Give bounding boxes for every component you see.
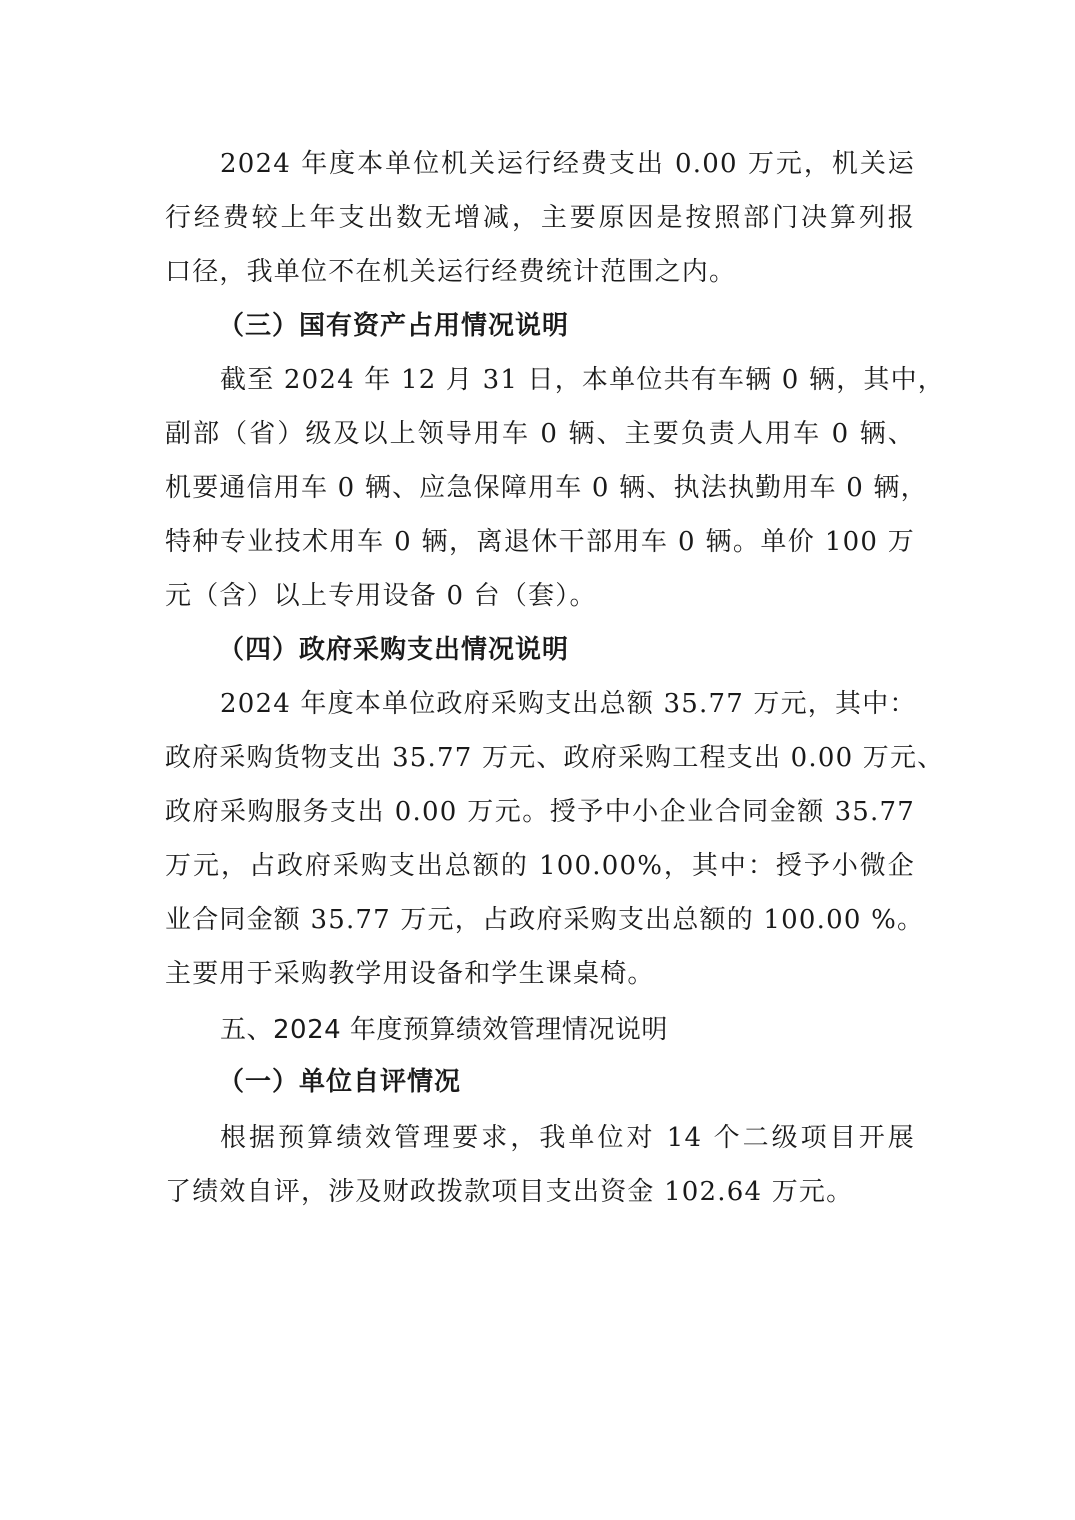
section-heading-procurement: （四）政府采购支出情况说明	[218, 630, 968, 670]
paragraph-line: 根据预算绩效管理要求，我单位对 14 个二级项目开展	[220, 1118, 915, 1158]
paragraph-line: 机要通信用车 0 辆、应急保障用车 0 辆、执法执勤用车 0 辆，	[165, 468, 915, 508]
paragraph-line: 2024 年度本单位政府采购支出总额 35.77 万元，其中：	[220, 684, 915, 724]
section-title-performance: 五、2024 年度预算绩效管理情况说明	[220, 1010, 970, 1050]
paragraph-line: 2024 年度本单位机关运行经费支出 0.00 万元，机关运	[220, 144, 915, 184]
paragraph-line: 截至 2024 年 12 月 31 日，本单位共有车辆 0 辆，其中，	[220, 360, 915, 400]
section-heading-assets: （三）国有资产占用情况说明	[218, 306, 968, 346]
paragraph-line: 行经费较上年支出数无增减，主要原因是按照部门决算列报	[165, 198, 915, 238]
paragraph-line: 主要用于采购教学用设备和学生课桌椅。	[165, 954, 915, 994]
document-page: 2024 年度本单位机关运行经费支出 0.00 万元，机关运 行经费较上年支出数…	[0, 0, 1075, 1520]
paragraph-line: 口径，我单位不在机关运行经费统计范围之内。	[165, 252, 915, 292]
paragraph-line: 特种专业技术用车 0 辆，离退休干部用车 0 辆。单价 100 万	[165, 522, 915, 562]
paragraph-line: 副部（省）级及以上领导用车 0 辆、主要负责人用车 0 辆、	[165, 414, 915, 454]
paragraph-line: 政府采购服务支出 0.00 万元。授予中小企业合同金额 35.77	[165, 792, 915, 832]
subsection-heading-self-evaluation: （一）单位自评情况	[218, 1062, 968, 1102]
paragraph-line: 元（含）以上专用设备 0 台（套）。	[165, 576, 915, 616]
paragraph-line: 万元，占政府采购支出总额的 100.00%，其中：授予小微企	[165, 846, 915, 886]
paragraph-line: 业合同金额 35.77 万元，占政府采购支出总额的 100.00 %。	[165, 900, 915, 940]
paragraph-line: 政府采购货物支出 35.77 万元、政府采购工程支出 0.00 万元、	[165, 738, 915, 778]
paragraph-line: 了绩效自评，涉及财政拨款项目支出资金 102.64 万元。	[165, 1172, 915, 1212]
